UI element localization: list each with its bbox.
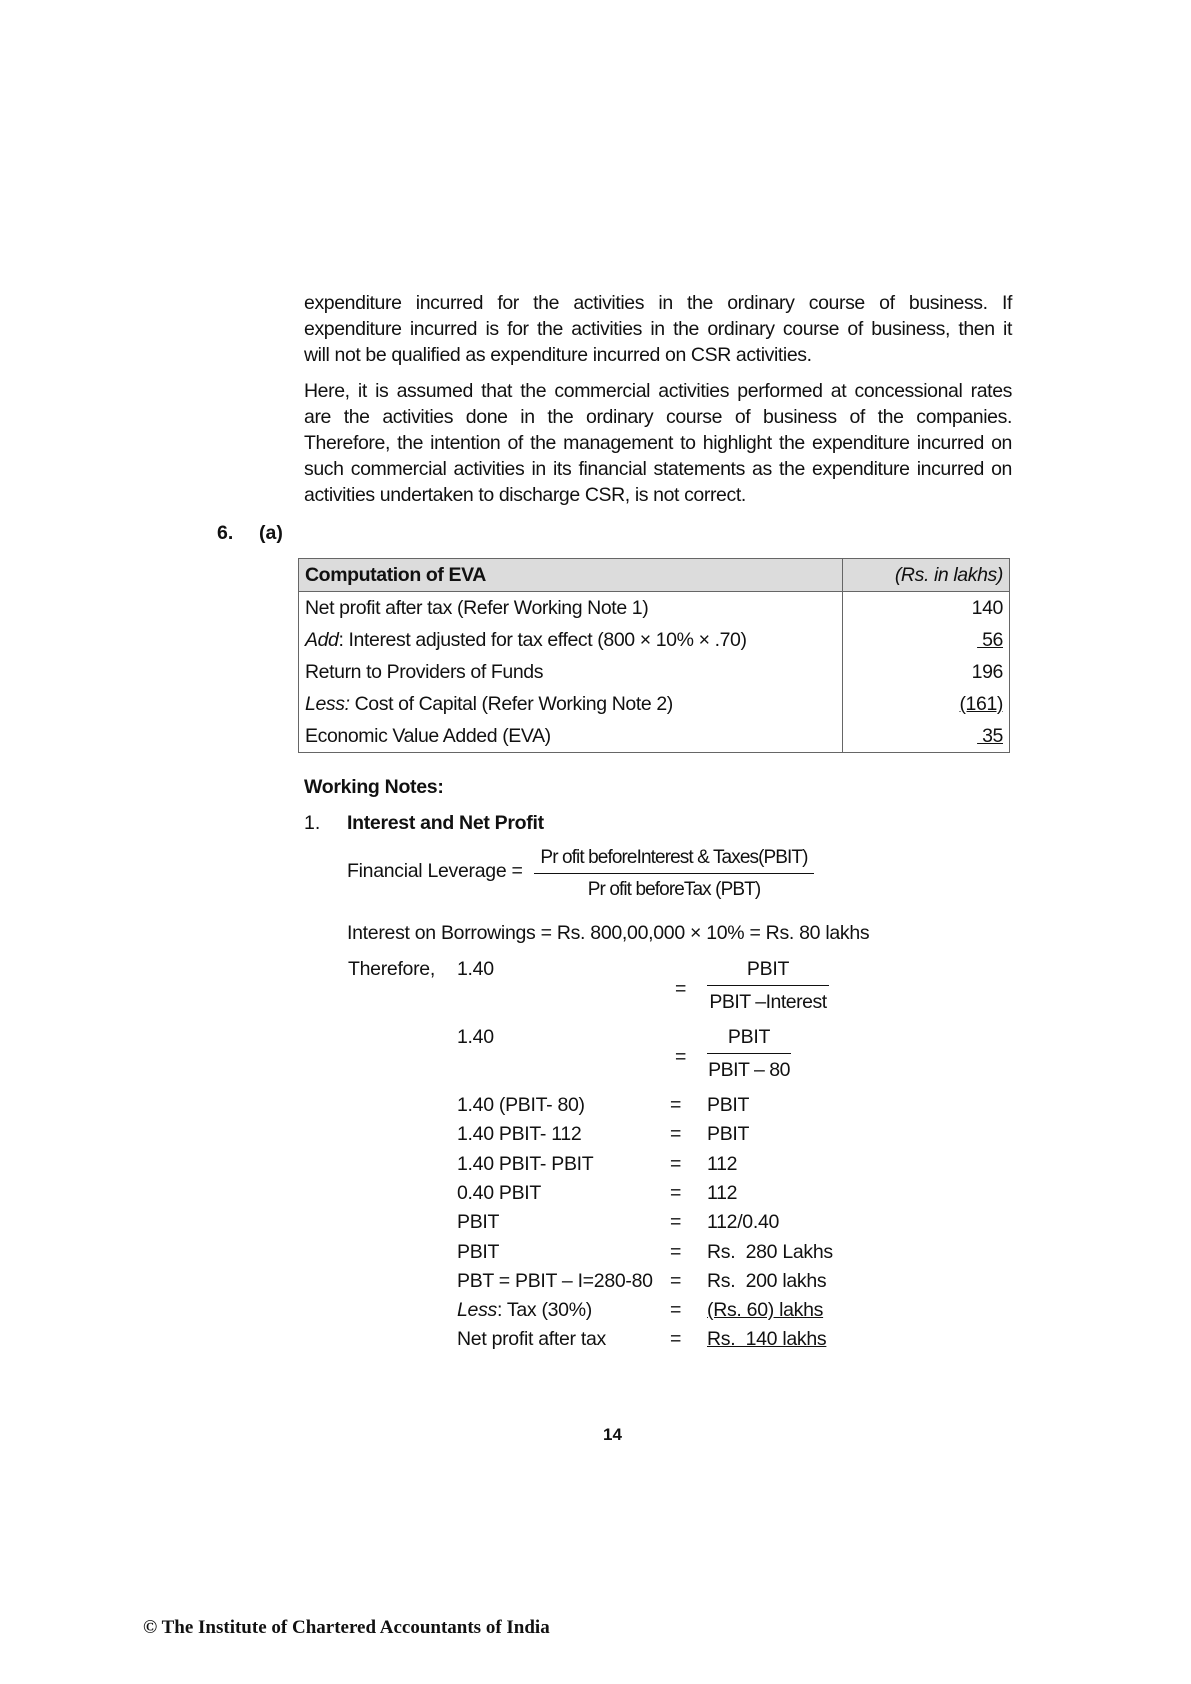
row-label: Less: Cost of Capital (Refer Working Not… bbox=[299, 688, 843, 720]
step-lhs: PBT = PBIT – I=280-80 bbox=[457, 1270, 653, 1293]
step-rhs: PBIT bbox=[707, 1123, 749, 1146]
step-equals: = bbox=[670, 1241, 681, 1264]
step-rhs: Rs. 280 Lakhs bbox=[707, 1241, 833, 1264]
working-notes-heading: Working Notes: bbox=[304, 776, 444, 799]
note-title: Interest and Net Profit bbox=[347, 812, 544, 835]
text-line: are the activities done in the ordinary … bbox=[304, 404, 1012, 430]
step-rhs: Rs. 200 lakhs bbox=[707, 1270, 826, 1293]
step-lhs: Less: Tax (30%) bbox=[457, 1299, 592, 1322]
table-header-row: Computation of EVA (Rs. in lakhs) bbox=[299, 559, 1010, 592]
step-equals: = bbox=[670, 1153, 681, 1176]
row-value: 56 bbox=[843, 624, 1010, 656]
step-rhs: 112/0.40 bbox=[707, 1211, 779, 1234]
row-value: 35 bbox=[843, 720, 1010, 753]
fraction-bar bbox=[534, 873, 814, 874]
fraction-bar bbox=[707, 1053, 791, 1054]
formula-numerator: Pr ofit beforeInterest & Taxes(PBIT) bbox=[534, 847, 814, 869]
step-equals: = bbox=[670, 1299, 681, 1322]
step-lhs: 0.40 PBIT bbox=[457, 1182, 541, 1205]
formula-denominator: Pr ofit beforeTax (PBT) bbox=[534, 879, 814, 901]
step-equals: = bbox=[675, 978, 686, 1001]
table-row: Less: Cost of Capital (Refer Working Not… bbox=[299, 688, 1010, 720]
text-line: such commercial activities in its financ… bbox=[304, 456, 1012, 482]
row-label: Net profit after tax (Refer Working Note… bbox=[299, 592, 843, 625]
step-equals: = bbox=[670, 1182, 681, 1205]
step-equals: = bbox=[670, 1328, 681, 1351]
text-line: expenditure incurred for the activities … bbox=[304, 290, 1012, 316]
step-denominator: PBIT – 80 bbox=[707, 1059, 791, 1082]
row-label: Economic Value Added (EVA) bbox=[299, 720, 843, 753]
financial-leverage-label: Financial Leverage = bbox=[347, 860, 523, 883]
paragraph-csr-expenditure: expenditure incurred for the activities … bbox=[304, 290, 1012, 368]
text-line: expenditure incurred is for the activiti… bbox=[304, 316, 1012, 342]
table-row: Economic Value Added (EVA) 35 bbox=[299, 720, 1010, 753]
row-label: Return to Providers of Funds bbox=[299, 656, 843, 688]
row-value: 140 bbox=[843, 592, 1010, 625]
paragraph-assumption: Here, it is assumed that the commercial … bbox=[304, 378, 1012, 508]
step-rhs: PBIT bbox=[707, 1094, 749, 1117]
step-equals: = bbox=[675, 1046, 686, 1069]
note-number: 1. bbox=[304, 812, 320, 835]
step-denominator: PBIT –Interest bbox=[707, 991, 829, 1014]
step-lhs: 1.40 PBIT- 112 bbox=[457, 1123, 581, 1146]
step-rhs: (Rs. 60) lakhs bbox=[707, 1299, 823, 1322]
question-part: (a) bbox=[259, 522, 283, 545]
fraction-bar bbox=[707, 985, 829, 986]
interest-on-borrowings: Interest on Borrowings = Rs. 800,00,000 … bbox=[347, 922, 869, 945]
eva-computation-table: Computation of EVA (Rs. in lakhs) Net pr… bbox=[298, 558, 1010, 753]
row-label: Add: Interest adjusted for tax effect (8… bbox=[299, 624, 843, 656]
step-rhs: 112 bbox=[707, 1182, 737, 1205]
page-number: 14 bbox=[603, 1425, 622, 1445]
step-lhs: Net profit after tax bbox=[457, 1328, 606, 1351]
step-lhs: 1.40 PBIT- PBIT bbox=[457, 1153, 593, 1176]
step-lhs: 1.40 bbox=[457, 1026, 494, 1049]
therefore-label: Therefore, bbox=[348, 958, 435, 981]
text-line: will not be qualified as expenditure inc… bbox=[304, 342, 1012, 368]
table-row: Return to Providers of Funds 196 bbox=[299, 656, 1010, 688]
step-equals: = bbox=[670, 1123, 681, 1146]
step-equals: = bbox=[670, 1270, 681, 1293]
text-line: activities undertaken to discharge CSR, … bbox=[304, 482, 1012, 508]
step-numerator: PBIT bbox=[707, 958, 829, 981]
question-number: 6. bbox=[217, 522, 233, 545]
step-rhs: 112 bbox=[707, 1153, 737, 1176]
table-row: Add: Interest adjusted for tax effect (8… bbox=[299, 624, 1010, 656]
table-unit: (Rs. in lakhs) bbox=[843, 559, 1010, 592]
text-line: Here, it is assumed that the commercial … bbox=[304, 378, 1012, 404]
step-equals: = bbox=[670, 1094, 681, 1117]
row-value: 196 bbox=[843, 656, 1010, 688]
table-row: Net profit after tax (Refer Working Note… bbox=[299, 592, 1010, 625]
step-lhs: 1.40 bbox=[457, 958, 494, 981]
step-equals: = bbox=[670, 1211, 681, 1234]
step-rhs: Rs. 140 lakhs bbox=[707, 1328, 826, 1351]
step-numerator: PBIT bbox=[707, 1026, 791, 1049]
row-value: (161) bbox=[843, 688, 1010, 720]
text-line: Therefore, the intention of the manageme… bbox=[304, 430, 1012, 456]
footer-copyright: © The Institute of Chartered Accountants… bbox=[143, 1617, 550, 1639]
step-lhs: 1.40 (PBIT- 80) bbox=[457, 1094, 585, 1117]
table-title: Computation of EVA bbox=[299, 559, 843, 592]
step-lhs: PBIT bbox=[457, 1211, 499, 1234]
step-lhs: PBIT bbox=[457, 1241, 499, 1264]
